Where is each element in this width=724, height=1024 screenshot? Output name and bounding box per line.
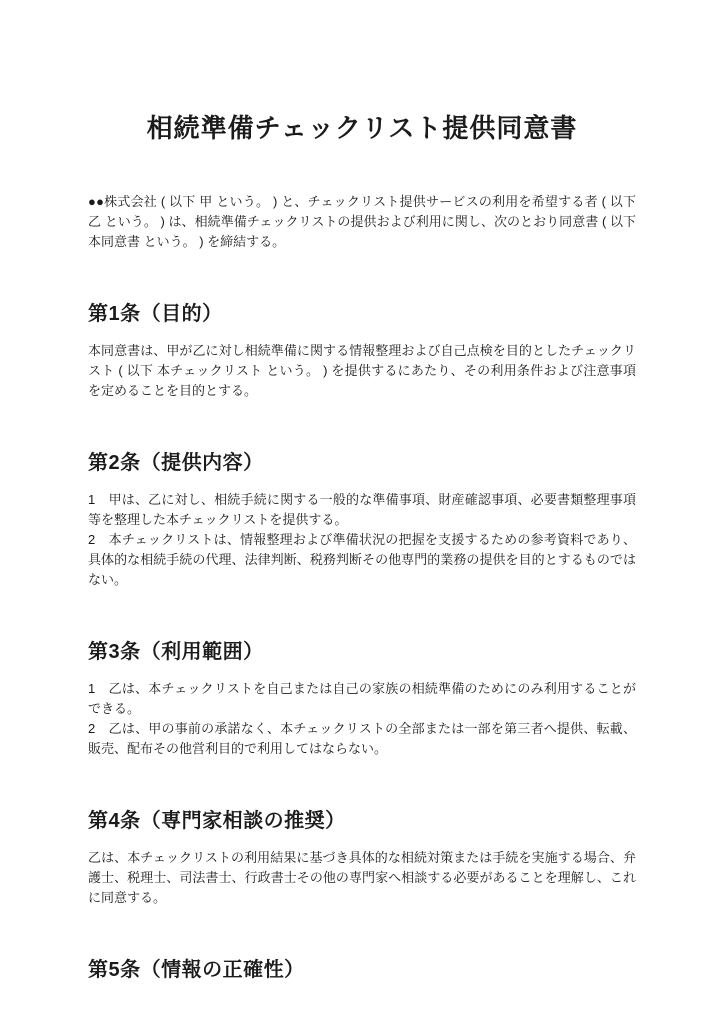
- section-paragraph: 本同意書は、甲が乙に対し相続準備に関する情報整理および自己点検を目的としたチェッ…: [88, 341, 636, 401]
- section-heading-article-5: 第5条（情報の正確性）: [88, 958, 636, 982]
- section-article-5: 第5条（情報の正確性）: [88, 958, 636, 982]
- section-paragraph: 2 本チェックリストは、情報整理および準備状況の把握を支援するための参考資料であ…: [88, 530, 636, 590]
- section-article-2: 第2条（提供内容） 1 甲は、乙に対し、相続手続に関する一般的な準備事項、財産確…: [88, 451, 636, 590]
- section-article-1: 第1条（目的） 本同意書は、甲が乙に対し相続準備に関する情報整理および自己点検を…: [88, 302, 636, 401]
- section-heading-article-2: 第2条（提供内容）: [88, 451, 636, 475]
- section-paragraph: 乙は、本チェックリストの利用結果に基づき具体的な相続対策または手続を実施する場合…: [88, 848, 636, 908]
- section-article-3: 第3条（利用範囲） 1 乙は、本チェックリストを自己または自己の家族の相続準備の…: [88, 640, 636, 759]
- section-heading-article-4: 第4条（専門家相談の推奨）: [88, 809, 636, 833]
- document-title: 相続準備チェックリスト提供同意書: [88, 112, 636, 146]
- document-page: 相続準備チェックリスト提供同意書 ●●株式会社 ( 以下 甲 という。 ) と、…: [0, 0, 724, 1024]
- section-article-4: 第4条（専門家相談の推奨） 乙は、本チェックリストの利用結果に基づき具体的な相続…: [88, 809, 636, 908]
- section-paragraph: 1 乙は、本チェックリストを自己または自己の家族の相続準備のためにのみ利用するこ…: [88, 679, 636, 719]
- section-paragraph: 2 乙は、甲の事前の承諾なく、本チェックリストの全部または一部を第三者へ提供、転…: [88, 719, 636, 759]
- intro-paragraph: ●●株式会社 ( 以下 甲 という。 ) と、チェックリスト提供サービスの利用を…: [88, 192, 636, 252]
- section-heading-article-3: 第3条（利用範囲）: [88, 640, 636, 664]
- section-heading-article-1: 第1条（目的）: [88, 302, 636, 326]
- section-paragraph: 1 甲は、乙に対し、相続手続に関する一般的な準備事項、財産確認事項、必要書類整理…: [88, 490, 636, 530]
